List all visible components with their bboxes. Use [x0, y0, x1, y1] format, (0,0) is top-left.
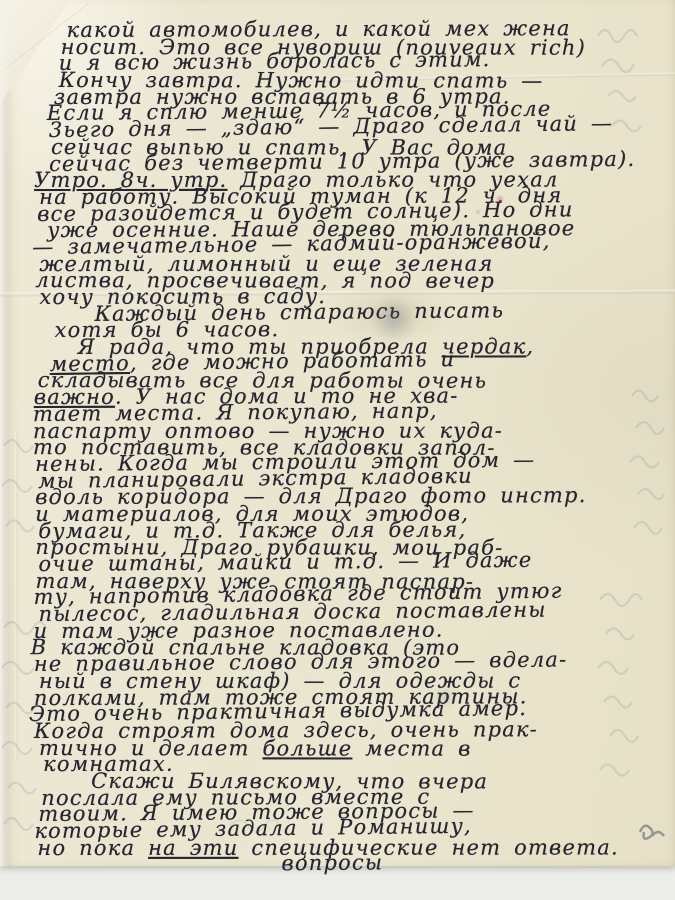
handwritten-line: вопросы — [281, 850, 675, 870]
red-mark — [497, 196, 503, 202]
red-mark-small — [476, 210, 480, 214]
ink-smudge — [370, 294, 418, 344]
handwritten-line: очие штаны, майки и т.д. — И даже — [38, 548, 675, 570]
handwritten-line: какой автомобилев, и какой мех жена — [67, 18, 674, 37]
letter-text: какой автомобилев, и какой мех женаносит… — [0, 18, 675, 871]
handwritten-line: и я всю жизнь боролась с этим. — [59, 48, 674, 70]
ink-smudge-small — [432, 686, 458, 708]
handwritten-line: 3ьего дня — „здаю“ — Драго сделал чай — — [49, 112, 674, 136]
handwritten-line: которые ему задала и Романишу, — [34, 813, 675, 838]
letter-paper: какой автомобилев, и какой мех женаносит… — [0, 0, 675, 866]
handwritten-line: Когда строят дома здесь, очень прак- — [34, 719, 675, 738]
handwritten-line: не правильное слово для этого — вдела- — [34, 649, 675, 671]
scanned-letter-page: какой автомобилев, и какой мех женаносит… — [0, 0, 675, 900]
underlined-words: на эти — [148, 836, 238, 860]
handwritten-line: тает места. Я покупаю, напр, — [33, 398, 675, 420]
